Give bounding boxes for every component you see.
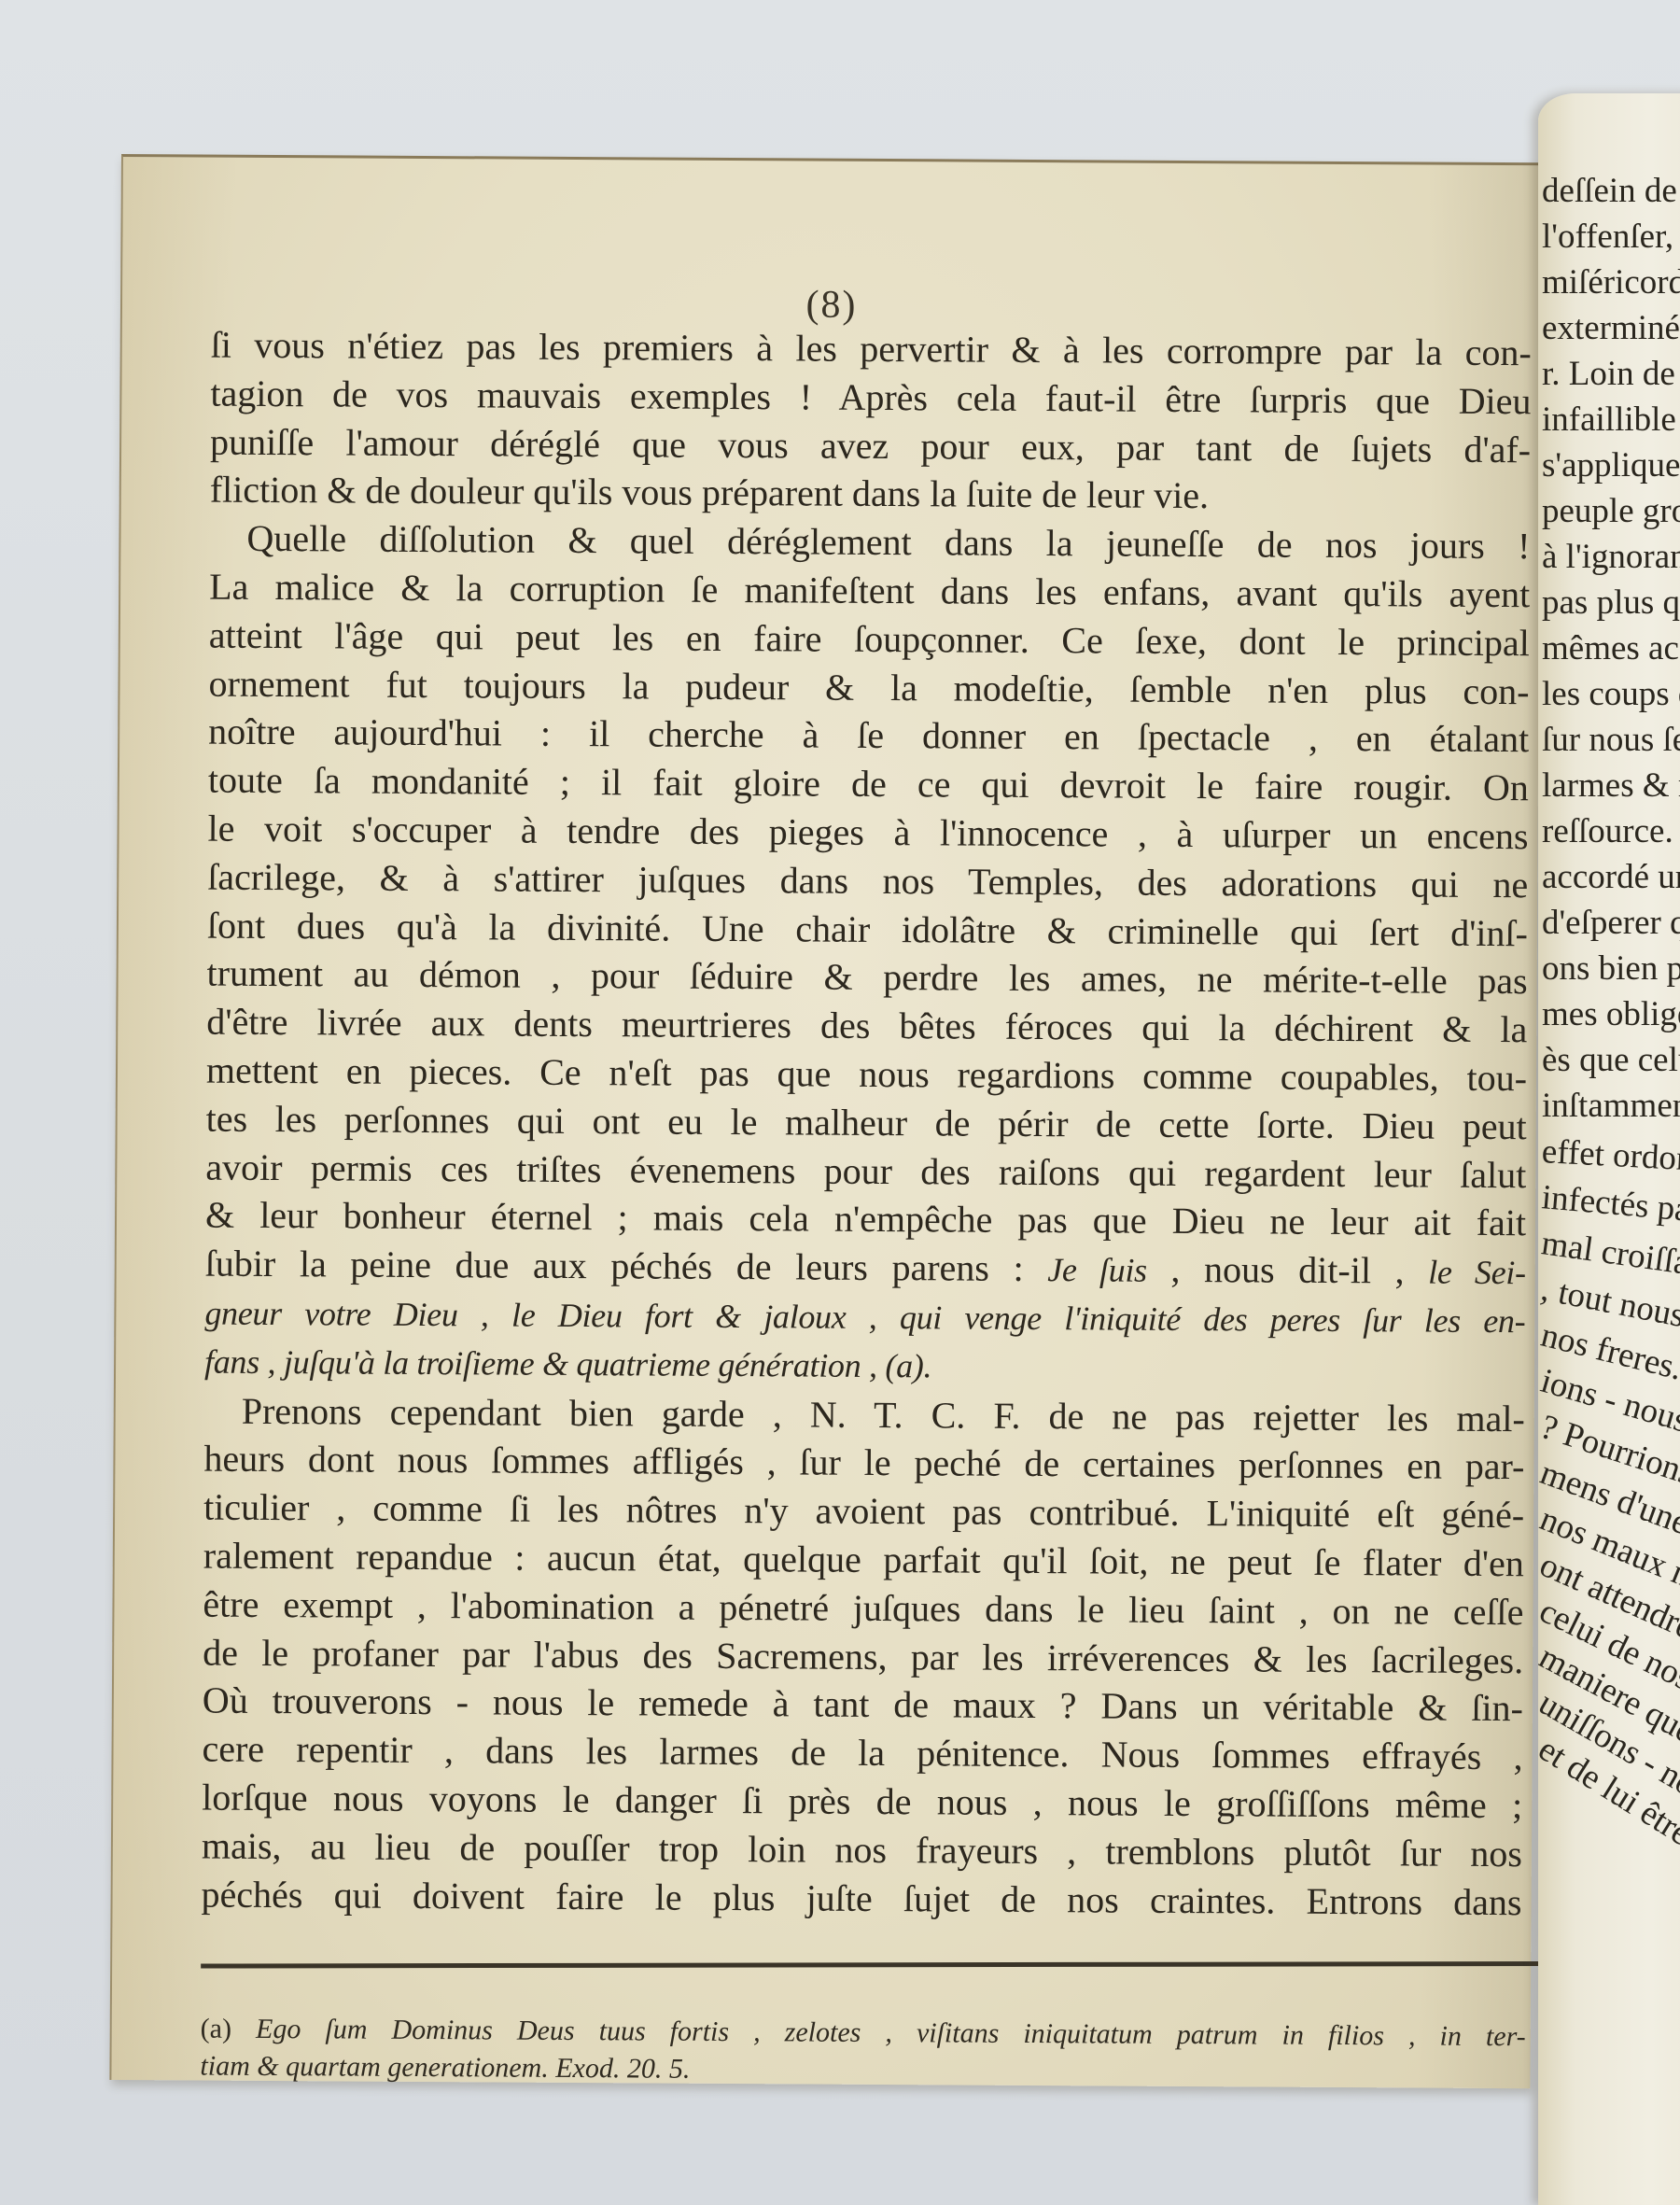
text-line: Où trouverons - nous le remede à tant de…: [203, 1677, 1523, 1733]
facing-line: d'eſperer que: [1542, 900, 1680, 946]
text-line: ſi vous n'étiez pas les premiers à les p…: [211, 321, 1532, 377]
text-line: puniſſe l'amour déréglé que vous avez po…: [210, 417, 1531, 473]
facing-line: deſſein de Dieu q: [1542, 168, 1680, 214]
text-line: ornement fut toujours la pudeur & la mod…: [208, 659, 1529, 715]
text-line: mais, au lieu de pouſſer trop loin nos f…: [202, 1821, 1522, 1877]
facing-line: inſtamment d: [1542, 1083, 1680, 1129]
text-line: La malice & la corruption ſe manifeſtent…: [209, 563, 1530, 619]
facing-line: peuple groſſier a: [1542, 488, 1680, 534]
facing-line: l'offenſer, ſes veng: [1542, 214, 1680, 260]
mixed-text-line: ſubir la peine due aux péchés de leurs p…: [205, 1240, 1526, 1298]
text-line: avoir permis ces triſtes évenemens pour …: [205, 1143, 1526, 1199]
scripture-quote-line: fans , juſqu'à la troiſieme & quatrieme …: [204, 1338, 1525, 1394]
facing-line: les coups qu'on: [1542, 671, 1680, 717]
scripture-quote: le Sei-: [1428, 1254, 1526, 1292]
text-line: lorſque nous voyons le danger ſi près de…: [202, 1773, 1522, 1829]
facing-page-text: deſſein de Dieu q l'offenſer, ſes veng m…: [1542, 168, 1680, 1769]
facing-line: larmes & nos: [1542, 763, 1680, 808]
text-line: atteint l'âge qui peut les en faire ſoup…: [209, 611, 1530, 667]
footnote-marker: (a): [201, 2014, 231, 2044]
facing-line: exterminé, ou l: [1542, 305, 1680, 351]
body-text: ſi vous n'étiez pas les premiers à les p…: [201, 321, 1531, 1927]
text-line: noître aujourd'hui : il cherche à ſe don…: [208, 708, 1529, 764]
text-line: cere repentir , dans les larmes de la pé…: [202, 1725, 1522, 1781]
text-line: fliction & de douleur qu'ils vous prépar…: [210, 466, 1531, 522]
text-line: ſont dues qu'à la divinité. Une chair id…: [207, 901, 1528, 957]
facing-line: ſur nous ſeron: [1542, 717, 1680, 763]
text-line: heurs dont nous ſommes affligés , ſur le…: [203, 1435, 1524, 1491]
facing-line: infaillible ; que les: [1542, 397, 1680, 442]
text-line: tes les perſonnes qui ont eu le malheur …: [206, 1094, 1527, 1150]
scripture-quote: Je ſuis: [1047, 1251, 1147, 1289]
text-line: mettent en pieces. Ce n'eſt pas que nous…: [206, 1046, 1527, 1102]
text-line: ſacrilege, & à s'attirer juſques dans no…: [207, 852, 1528, 908]
footnote-divider: [201, 1961, 1545, 1969]
facing-line: mes obligés d'e: [1542, 991, 1680, 1037]
book-page-right-curled: deſſein de Dieu q l'offenſer, ſes veng m…: [1538, 93, 1680, 2205]
facing-line: reſſource. Les E: [1542, 808, 1680, 854]
text-line: de le profaner par l'abus des Sacremens,…: [203, 1628, 1523, 1684]
text-line: être exempt , l'abomination a pénetré ju…: [203, 1580, 1523, 1636]
paragraph-start-line: Prenons cependant bien garde , N. T. C. …: [204, 1386, 1525, 1442]
text-line: ralement repandue : aucun état, quelque …: [203, 1531, 1524, 1587]
footnote: (a) Ego ſum Dominus Deus tuus fortis , z…: [200, 2011, 1525, 2094]
roman-text: , nous dit-il ,: [1147, 1248, 1429, 1292]
text-line: péchés qui doivent faire le plus juſte ſ…: [201, 1870, 1521, 1926]
text-line: trument au démon , pour ſéduire & perdre…: [206, 949, 1527, 1005]
facing-line: à l'ignorance à: [1542, 534, 1680, 580]
paragraph-start-line: Quelle diſſolution & quel déréglement da…: [209, 514, 1530, 570]
roman-text: ſubir la peine due aux péchés de leurs p…: [205, 1243, 1048, 1290]
facing-line: r. Loin de vous d: [1542, 351, 1680, 397]
text-line: ticulier , comme ſi les nôtres n'y avoie…: [203, 1483, 1524, 1539]
facing-line: ès que celui qu: [1542, 1037, 1680, 1083]
book-page-left: (8) ſi vous n'étiez pas les premiers à l…: [109, 154, 1542, 2088]
facing-line: pas plus que les: [1542, 580, 1680, 625]
facing-line: s'appliquent à diſſipe: [1542, 442, 1680, 488]
scripture-quote-line: gneur votre Dieu , le Dieu fort & jaloux…: [204, 1290, 1525, 1346]
text-line: d'être livrée aux dents meurtrieres des …: [206, 998, 1527, 1054]
facing-line: ons bien perſuad: [1542, 946, 1680, 991]
text-line: le voit s'occuper à tendre des pieges à …: [207, 805, 1528, 861]
text-line: tagion de vos mauvais exemples ! Après c…: [210, 369, 1531, 425]
facing-line: mêmes accidens: [1542, 625, 1680, 671]
facing-line: miſéricordes. Le m: [1542, 260, 1680, 305]
footnote-text: Ego ſum Dominus Deus tuus fortis , zelot…: [231, 2014, 1526, 2052]
text-line: toute ſa mondanité ; il fait gloire de c…: [208, 756, 1529, 812]
facing-line: accordé une gr: [1542, 854, 1680, 900]
text-line: & leur bonheur éternel ; mais cela n'emp…: [205, 1191, 1526, 1247]
